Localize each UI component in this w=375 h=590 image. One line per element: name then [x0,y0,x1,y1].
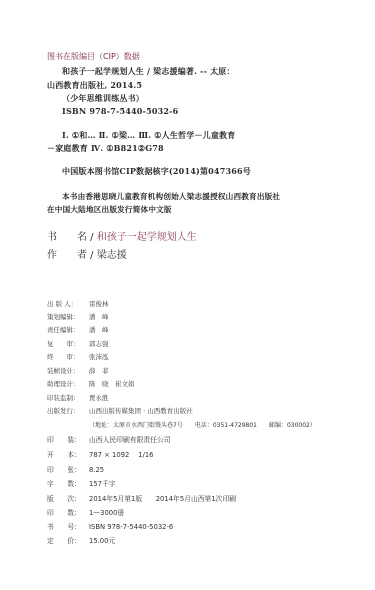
cip-series-line: （少年思维训练丛书） [62,93,144,104]
spec-printed-sheets: 印 张：8.25 [47,464,104,474]
cip-publisher-line: 山西教育出版社, 2014.5 [47,80,142,91]
cip-verification-number: 中国版本图书馆CIP数据核字(2014)第047366号 [62,166,251,177]
spec-word-count: 字 数：157千字 [47,478,116,488]
credit-publisher: 出 版 人：雷俊林 [47,299,109,308]
credit-assistant-design: 助理设计：陈 晓 崔文娟 [47,379,135,388]
spec-price: 定 价：15.00元 [47,535,115,545]
book-title-label: 书 名 / [47,232,94,243]
book-author-row: 作 者 / 梁志援 [47,246,127,261]
book-title-row: 书 名 / 和孩子一起学规划人生 [47,228,197,243]
spec-isbn: 书 号：ISBN 978-7-5440-5032-6 [47,521,173,531]
credit-planning-editor: 策划编辑：潘 峰 [47,312,109,321]
spec-printer: 印 装：山西人民印刷有限责任公司 [47,434,171,444]
spec-format: 开 本：787 × 1092 1/16 [47,449,154,459]
cip-title-line: 和孩子一起学规划人生 / 梁志援编著. -- 太原： [62,66,235,77]
spec-edition: 版 次：2014年5月第1版 2014年5月山西第1次印刷 [47,493,236,503]
cip-isbn-line: ISBN 978-7-5440-5032-6 [62,106,178,116]
cip-heading: 图书在版编目（CIP）数据 [47,51,140,62]
spec-print-run: 印 数：1—3000册 [47,507,124,517]
credit-print-supervisor: 印装监制：贾永胜 [47,393,109,402]
cip-classification-line-2: －家庭教育 Ⅳ. ①B821②G78 [47,143,164,154]
credit-final-review: 终 审：张沛泓 [47,352,109,361]
book-author-label: 作 者 / [47,250,94,261]
license-note-line-1: 本书由香港思晓儿童教育机构创始人梁志援授权山西教育出版社 [62,191,280,202]
credit-cover-design: 装帧设计：薛 菲 [47,366,109,375]
book-title-value: 和孩子一起学规划人生 [97,232,197,243]
credit-distribution: 出版发行：山西出版传媒集团 · 山西教育出版社 [47,406,193,415]
publisher-address: （地址：太原市水西门街馒头巷7号 电话：0351-4729801 邮编：0300… [89,420,316,429]
book-author-value: 梁志援 [97,250,127,261]
license-note-line-2: 在中国大陆地区出版发行简体中文版 [47,204,172,215]
credit-second-review: 复 审：郭志强 [47,339,109,348]
credit-responsible-editor: 责任编辑：潘 峰 [47,325,109,334]
cip-classification-line-1: Ⅰ. ①和… Ⅱ. ①梁… Ⅲ. ①人生哲学－儿童教育 [62,130,235,141]
